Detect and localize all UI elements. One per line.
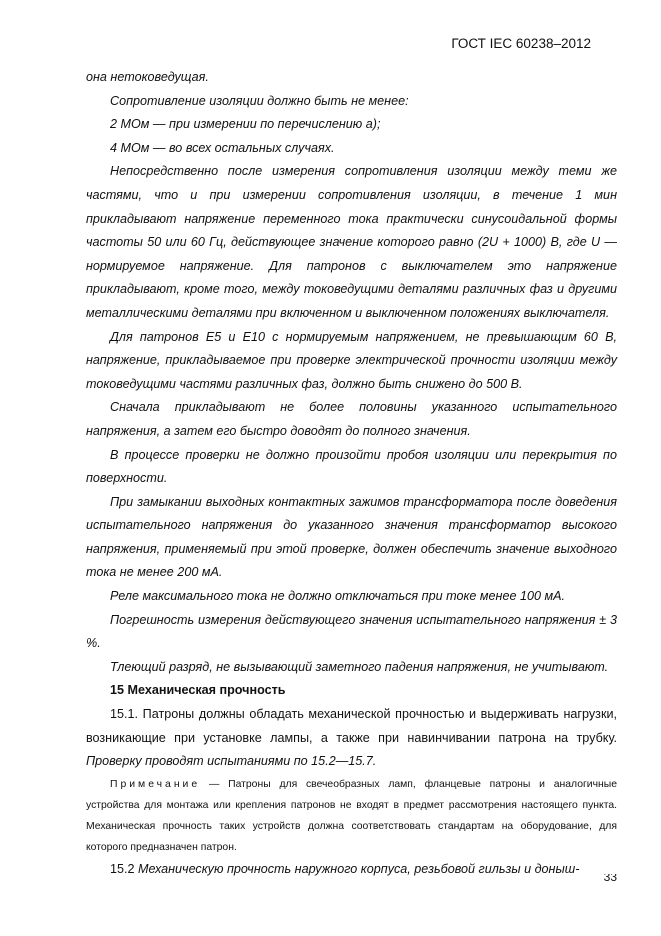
page-number: 33	[604, 874, 617, 882]
paragraph-15-1: 15.1. Патроны должны обладать механическ…	[86, 703, 617, 774]
document-header: ГОСТ IEC 60238–2012	[451, 36, 591, 51]
note-label: Примечание	[110, 779, 200, 790]
paragraph: она нетоковедущая.	[86, 66, 617, 90]
clause-italic-text: Проверку проводят испытаниями по 15.2—15…	[86, 754, 376, 768]
paragraph: Сопротивление изоляции должно быть не ме…	[86, 90, 617, 114]
paragraph: Для патронов Е5 и Е10 с нормируемым напр…	[86, 326, 617, 397]
clause-text: 15.1. Патроны должны обладать механическ…	[86, 707, 617, 745]
page-body: она нетоковедущая. Сопротивление изоляци…	[86, 66, 617, 881]
clause-text: Механическую прочность наружного корпуса…	[138, 862, 579, 876]
clause-number: 15.2	[110, 862, 138, 876]
list-item: 2 МОм — при измерении по перечислению а)…	[86, 113, 617, 137]
paragraph: Сначала прикладывают не более половины у…	[86, 396, 617, 443]
note: Примечание — Патроны для свечеобразных л…	[86, 774, 617, 858]
section-heading: 15 Механическая прочность	[86, 679, 617, 703]
paragraph: Непосредственно после измерения сопротив…	[86, 160, 617, 325]
paragraph: При замыкании выходных контактных зажимо…	[86, 491, 617, 585]
paragraph-15-2: 15.2 Механическую прочность наружного ко…	[86, 858, 617, 882]
paragraph: Тлеющий разряд, не вызывающий заметного …	[86, 656, 617, 680]
paragraph: В процессе проверки не должно произойти …	[86, 444, 617, 491]
paragraph: Реле максимального тока не должно отключ…	[86, 585, 617, 609]
list-item: 4 МОм — во всех остальных случаях.	[86, 137, 617, 161]
paragraph: Погрешность измерения действующего значе…	[86, 609, 617, 656]
